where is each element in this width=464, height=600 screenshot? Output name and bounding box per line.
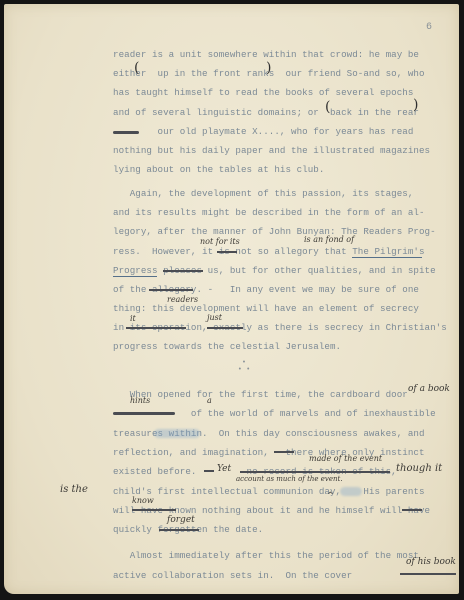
margin-annotation-is-the: is the: [60, 484, 88, 495]
blue-pencil-smudge: [340, 487, 362, 496]
typed-line: has taught himself to read the books of …: [113, 87, 413, 98]
strikethrough: [240, 471, 390, 473]
handwritten-open-paren: (: [325, 99, 330, 115]
strikethrough: [204, 470, 214, 472]
page-number: 6: [426, 22, 432, 33]
scribbled-out-word: [113, 412, 175, 415]
handwritten-close-paren: ): [266, 60, 271, 76]
strikethrough: [217, 251, 237, 253]
typed-line: Almost immediately after this the period…: [113, 550, 419, 561]
typed-line: and of several linguistic domains; or ba…: [113, 107, 419, 118]
typed-line: nothing but his daily paper and the illu…: [113, 145, 430, 156]
typed-line: lying about on the tables at his club.: [113, 164, 324, 175]
annotation-yet: Yet: [217, 464, 231, 474]
scribbled-out-word: [113, 131, 139, 134]
annotation-just: just: [207, 313, 222, 322]
strikethrough: [159, 529, 199, 531]
annotation-of-a-book: of a book: [408, 384, 450, 394]
annotation-know: know: [132, 496, 154, 505]
manuscript-page: 6 reader is a unit somewhere within that…: [4, 4, 459, 594]
typed-line: active collaboration sets in. On the cov…: [113, 570, 352, 581]
typed-line: will have known nothing about it and he …: [113, 505, 430, 516]
typed-line: ress. However, it is not so allegory tha…: [113, 246, 425, 257]
annotation-not-for-its: not for its: [200, 237, 240, 246]
strikethrough: [132, 509, 176, 511]
typed-line: Again, the development of this passion, …: [113, 188, 413, 199]
annotation-account-as-much: account as much of the event.: [236, 475, 343, 483]
typed-line: our old playmate X...., who for years ha…: [113, 126, 413, 137]
handwritten-open-paren: (: [134, 60, 139, 76]
typed-line: progress towards the celestial Jerusalem…: [113, 341, 341, 352]
handwritten-close-paren: ): [413, 97, 418, 113]
strikethrough: [149, 289, 193, 291]
insertion-caret: ^: [327, 491, 334, 500]
strikethrough: [274, 451, 294, 453]
typed-line: and its results might be described in th…: [113, 207, 425, 218]
typed-line: thing: this development will have an ele…: [113, 303, 419, 314]
strikethrough: [207, 327, 243, 329]
title-underline: [352, 257, 422, 258]
annotation-hints: hints: [130, 396, 150, 405]
strikethrough: [126, 327, 186, 329]
typed-line: Progress pleases us, but for other quali…: [113, 265, 436, 276]
annotation-is-an-fond-of: is an fond of: [304, 235, 354, 244]
strikethrough: [163, 270, 203, 272]
typed-line: When opened for the first time, the card…: [113, 389, 408, 400]
section-separator: • • •: [229, 360, 259, 374]
strikethrough: [400, 573, 456, 575]
annotation-made-of-the-event: made of the event: [309, 454, 382, 463]
blue-pencil-smudge: [154, 429, 200, 438]
typed-line: legory, after the manner of John Bunyan:…: [113, 226, 436, 237]
typed-line: reader is a unit somewhere within that c…: [113, 49, 419, 60]
annotation-a: a: [207, 396, 212, 405]
typed-line: child's first intellectual communion day…: [113, 486, 425, 497]
title-underline: [113, 276, 157, 277]
annotation-of-his-book: of his book: [406, 557, 456, 567]
annotation-though-it: though it: [396, 463, 442, 474]
strikethrough: [402, 509, 422, 511]
